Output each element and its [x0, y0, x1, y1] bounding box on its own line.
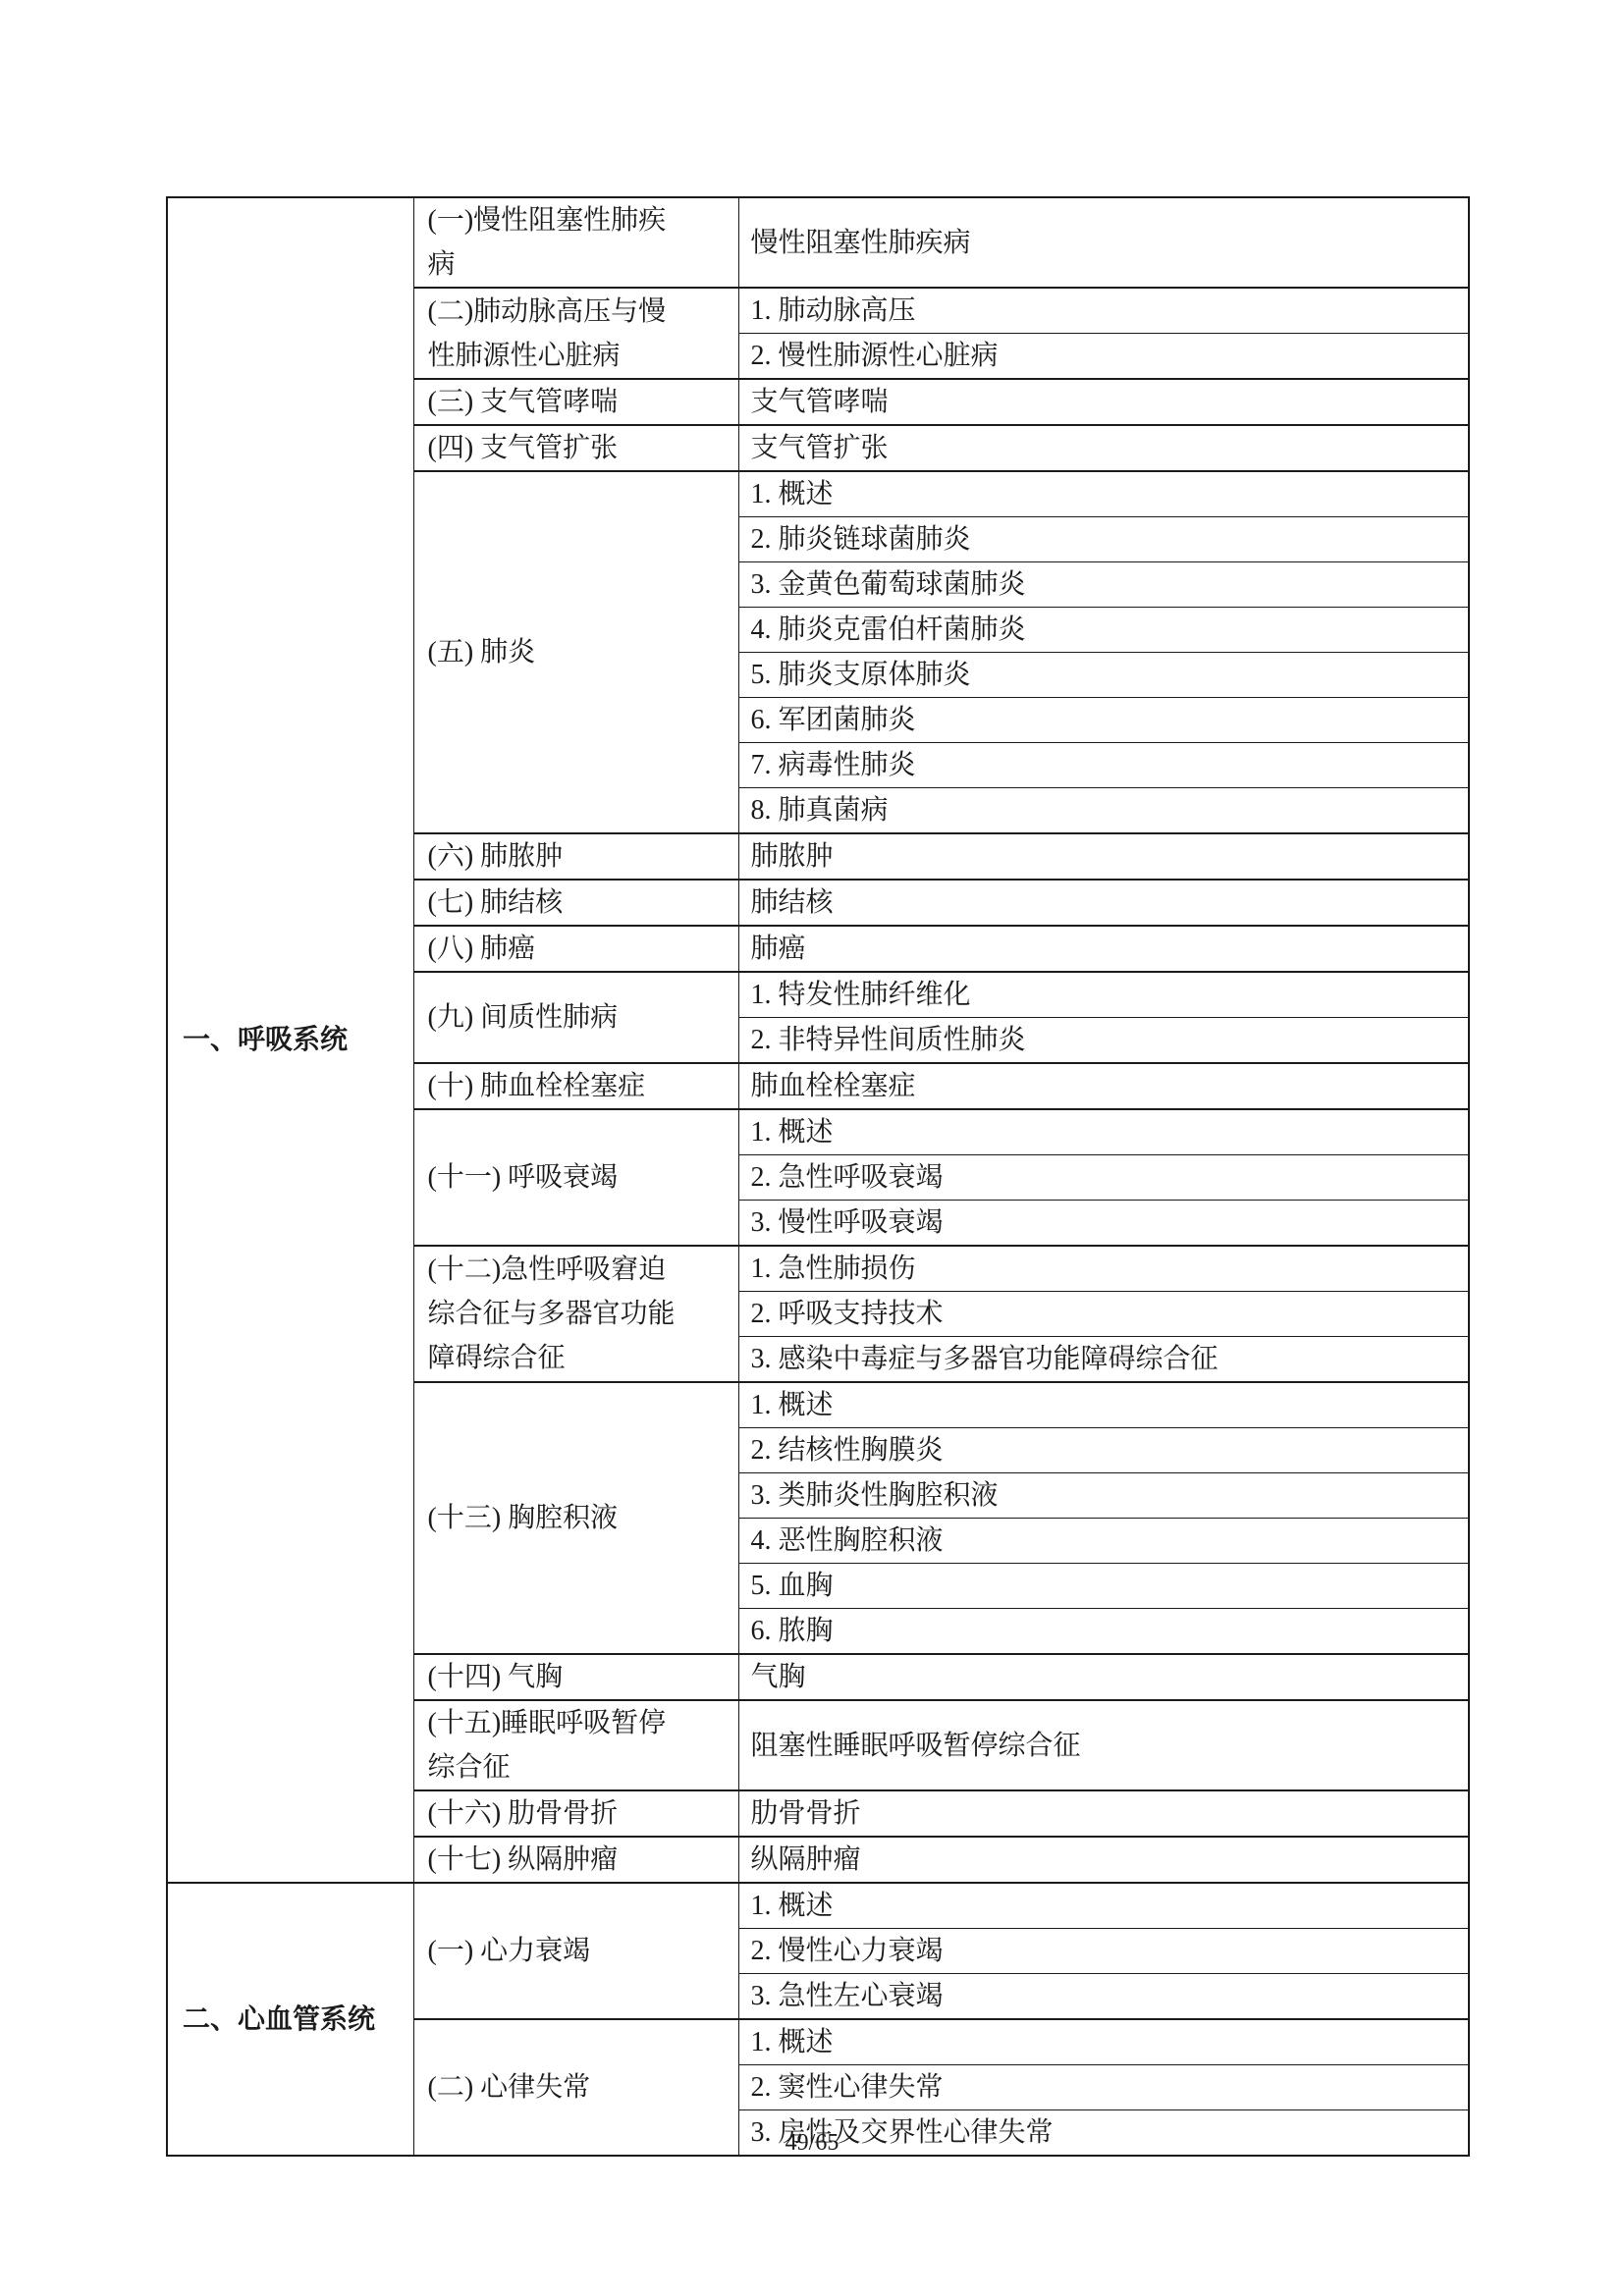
subcategory-cell: (二)肺动脉高压与慢 性肺源性心脏病 — [413, 288, 738, 379]
subcategory-cell: (十三) 胸腔积液 — [413, 1382, 738, 1654]
syllabus-table-body: 一、呼吸系统(一)慢性阻塞性肺疾 病慢性阻塞性肺疾病(二)肺动脉高压与慢 性肺源… — [167, 197, 1469, 2156]
syllabus-table: 一、呼吸系统(一)慢性阻塞性肺疾 病慢性阻塞性肺疾病(二)肺动脉高压与慢 性肺源… — [166, 196, 1470, 2157]
subcategory-cell: (六) 肺脓肿 — [413, 833, 738, 880]
subcategory-cell: (十六) 肋骨骨折 — [413, 1790, 738, 1837]
subcategory-cell: (十二)急性呼吸窘迫 综合征与多器官功能 障碍综合征 — [413, 1246, 738, 1382]
syllabus-table-container: 一、呼吸系统(一)慢性阻塞性肺疾 病慢性阻塞性肺疾病(二)肺动脉高压与慢 性肺源… — [166, 196, 1470, 2157]
topic-cell: 5. 肺炎支原体肺炎 — [738, 653, 1469, 698]
subcategory-cell: (十一) 呼吸衰竭 — [413, 1109, 738, 1246]
topic-cell: 2. 肺炎链球菌肺炎 — [738, 517, 1469, 562]
subcategory-cell: (一)慢性阻塞性肺疾 病 — [413, 197, 738, 288]
topic-cell: 阻塞性睡眠呼吸暂停综合征 — [738, 1700, 1469, 1790]
topic-cell: 6. 脓胸 — [738, 1609, 1469, 1655]
topic-cell: 1. 特发性肺纤维化 — [738, 972, 1469, 1018]
topic-cell: 8. 肺真菌病 — [738, 788, 1469, 834]
category-cell: 一、呼吸系统 — [167, 197, 413, 1883]
topic-cell: 慢性阻塞性肺疾病 — [738, 197, 1469, 288]
subcategory-cell: (五) 肺炎 — [413, 471, 738, 833]
topic-cell: 支气管哮喘 — [738, 379, 1469, 425]
topic-cell: 1. 概述 — [738, 1382, 1469, 1428]
topic-cell: 纵隔肿瘤 — [738, 1837, 1469, 1883]
topic-cell: 2. 急性呼吸衰竭 — [738, 1155, 1469, 1201]
subcategory-cell: (七) 肺结核 — [413, 880, 738, 926]
topic-cell: 支气管扩张 — [738, 425, 1469, 471]
topic-cell: 肺血栓栓塞症 — [738, 1063, 1469, 1109]
subcategory-cell: (一) 心力衰竭 — [413, 1883, 738, 2019]
topic-cell: 3. 急性左心衰竭 — [738, 1974, 1469, 2020]
table-row: 一、呼吸系统(一)慢性阻塞性肺疾 病慢性阻塞性肺疾病 — [167, 197, 1469, 288]
subcategory-cell: (四) 支气管扩张 — [413, 425, 738, 471]
subcategory-cell: (十七) 纵隔肿瘤 — [413, 1837, 738, 1883]
topic-cell: 2. 结核性胸膜炎 — [738, 1428, 1469, 1473]
topic-cell: 2. 呼吸支持技术 — [738, 1292, 1469, 1337]
topic-cell: 3. 类肺炎性胸腔积液 — [738, 1473, 1469, 1519]
table-row: 二、心血管系统(一) 心力衰竭1. 概述 — [167, 1883, 1469, 1929]
subcategory-cell: (三) 支气管哮喘 — [413, 379, 738, 425]
topic-cell: 1. 急性肺损伤 — [738, 1246, 1469, 1292]
subcategory-cell: (八) 肺癌 — [413, 926, 738, 972]
category-cell: 二、心血管系统 — [167, 1883, 413, 2156]
topic-cell: 肺癌 — [738, 926, 1469, 972]
document-page: 一、呼吸系统(一)慢性阻塞性肺疾 病慢性阻塞性肺疾病(二)肺动脉高压与慢 性肺源… — [0, 0, 1624, 2296]
topic-cell: 肺结核 — [738, 880, 1469, 926]
topic-cell: 4. 肺炎克雷伯杆菌肺炎 — [738, 608, 1469, 653]
topic-cell: 气胸 — [738, 1654, 1469, 1700]
topic-cell: 2. 非特异性间质性肺炎 — [738, 1018, 1469, 1064]
topic-cell: 3. 慢性呼吸衰竭 — [738, 1201, 1469, 1247]
topic-cell: 2. 窦性心律失常 — [738, 2065, 1469, 2110]
topic-cell: 1. 肺动脉高压 — [738, 288, 1469, 334]
subcategory-cell: (十四) 气胸 — [413, 1654, 738, 1700]
subcategory-cell: (十) 肺血栓栓塞症 — [413, 1063, 738, 1109]
topic-cell: 2. 慢性心力衰竭 — [738, 1929, 1469, 1974]
topic-cell: 2. 慢性肺源性心脏病 — [738, 334, 1469, 380]
topic-cell: 1. 概述 — [738, 471, 1469, 517]
topic-cell: 肺脓肿 — [738, 833, 1469, 880]
subcategory-cell: (九) 间质性肺病 — [413, 972, 738, 1063]
topic-cell: 3. 金黄色葡萄球菌肺炎 — [738, 562, 1469, 608]
topic-cell: 4. 恶性胸腔积液 — [738, 1519, 1469, 1564]
page-number: 49/65 — [0, 2128, 1624, 2158]
subcategory-cell: (十五)睡眠呼吸暂停 综合征 — [413, 1700, 738, 1790]
topic-cell: 5. 血胸 — [738, 1564, 1469, 1609]
topic-cell: 1. 概述 — [738, 1109, 1469, 1155]
topic-cell: 3. 感染中毒症与多器官功能障碍综合征 — [738, 1337, 1469, 1383]
topic-cell: 1. 概述 — [738, 2019, 1469, 2065]
topic-cell: 7. 病毒性肺炎 — [738, 743, 1469, 788]
topic-cell: 6. 军团菌肺炎 — [738, 698, 1469, 743]
topic-cell: 肋骨骨折 — [738, 1790, 1469, 1837]
topic-cell: 1. 概述 — [738, 1883, 1469, 1929]
